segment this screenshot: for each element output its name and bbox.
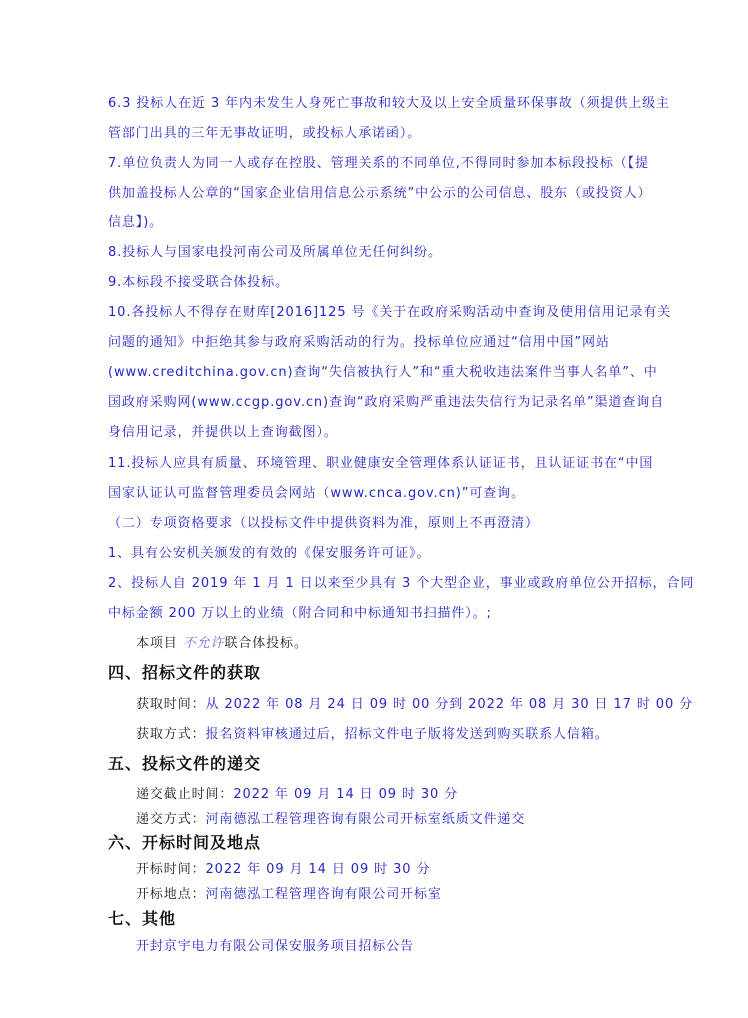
info-row: 开封京宇电力有限公司保安服务项目招标公告 [136, 939, 414, 955]
info-row: 获取方式：报名资料审核通过后，招标文件电子版将发送到购买联系人信箱。 [136, 727, 609, 743]
info-label: 开标地点： [136, 887, 206, 902]
text-line: 身信用记录，并提供以上查询截图）。 [108, 425, 338, 441]
text-line: 2、投标人自 2019 年 1 月 1 日以来至少具有 3 个大型企业，事业或政… [108, 576, 694, 592]
info-value: 河南德泓工程管理咨询有限公司开标室 [206, 887, 442, 902]
info-row: 开标地点：河南德泓工程管理咨询有限公司开标室 [136, 887, 442, 903]
info-value: 报名资料审核通过后，招标文件电子版将发送到购买联系人信箱。 [206, 727, 609, 742]
text-line: 问题的通知》中拒绝其参与政府采购活动的行为。投标单位应通过“信用中国”网站 [108, 335, 610, 351]
info-label: 递交方式： [136, 812, 206, 827]
consortium-note-prefix: 本项目 [136, 636, 178, 651]
text-line: (www.creditchina.gov.cn)查询“失信被执行人”和“重大税收… [108, 365, 658, 381]
info-value: 2022 年 09 月 14 日 09 时 30 分 [206, 862, 431, 877]
text-line: 供加盖投标人公章的“国家企业信用信息公示系统”中公示的公司信息、股东（或投资人） [108, 186, 651, 202]
consortium-note: 本项目 不允许联合体投标。 [136, 636, 308, 652]
section-heading-5: 五、投标文件的递交 [108, 754, 261, 774]
text-line: 7.单位负责人为同一人或存在控股、管理关系的不同单位,不得同时参加本标段投标（【… [108, 156, 649, 172]
info-value: 河南德泓工程管理咨询有限公司开标室纸质文件递交 [206, 812, 526, 827]
info-row: 递交截止时间：2022 年 09 月 14 日 09 时 30 分 [136, 787, 458, 803]
document-page: 6.3 投标人在近 3 年内未发生人身死亡事故和较大及以上安全质量环保事故（须提… [0, 0, 748, 1018]
section-heading-7: 七、其他 [108, 909, 176, 929]
text-line: 1、具有公安机关颁发的有效的《保安服务许可证》。 [108, 546, 430, 562]
text-line: 国政府采购网(www.ccgp.gov.cn)查询“政府采购严重违法失信行为记录… [108, 395, 664, 411]
info-row: 开标时间：2022 年 09 月 14 日 09 时 30 分 [136, 862, 430, 878]
info-label: 获取时间： [136, 697, 206, 712]
info-row: 递交方式：河南德泓工程管理咨询有限公司开标室纸质文件递交 [136, 812, 525, 828]
info-value: 开封京宇电力有限公司保安服务项目招标公告 [136, 939, 414, 954]
text-line: 管部门出具的三年无事故证明，或投标人承诺函）。 [108, 126, 421, 142]
text-line: 10.各投标人不得存在财库[2016]125 号《关于在政府采购活动中查询及使用… [108, 305, 671, 321]
info-value: 2022 年 09 月 14 日 09 时 30 分 [233, 787, 458, 802]
text-line: 6.3 投标人在近 3 年内未发生人身死亡事故和较大及以上安全质量环保事故（须提… [108, 96, 670, 112]
section-heading-6: 六、开标时间及地点 [108, 833, 261, 853]
text-line: 国家认证认可监督管理委员会网站（www.cnca.gov.cn)”可查询。 [108, 486, 525, 502]
subsection-title: （二）专项资格要求（以投标文件中提供资料为准，原则上不再澄清） [108, 516, 539, 532]
consortium-note-suffix: 联合体投标。 [224, 636, 307, 651]
consortium-note-emphasis: 不允许 [183, 636, 225, 651]
info-label: 递交截止时间： [136, 787, 233, 802]
section-heading-4: 四、招标文件的获取 [108, 663, 261, 683]
info-label: 获取方式： [136, 727, 206, 742]
info-value: 从 2022 年 08 月 24 日 09 时 00 分到 2022 年 08 … [206, 697, 694, 712]
text-line: 中标金额 200 万以上的业绩（附合同和中标通知书扫描件）。; [108, 606, 492, 622]
text-line: 8.投标人与国家电投河南公司及所属单位无任何纠纷。 [108, 245, 442, 261]
info-row: 获取时间：从 2022 年 08 月 24 日 09 时 00 分到 2022 … [136, 697, 693, 713]
text-line: 11.投标人应具有质量、环境管理、职业健康安全管理体系认证证书，且认证证书在“中… [108, 456, 653, 472]
text-line: 信息】)。 [108, 215, 163, 231]
info-label: 开标时间： [136, 862, 206, 877]
text-line: 9.本标段不接受联合体投标。 [108, 275, 289, 291]
